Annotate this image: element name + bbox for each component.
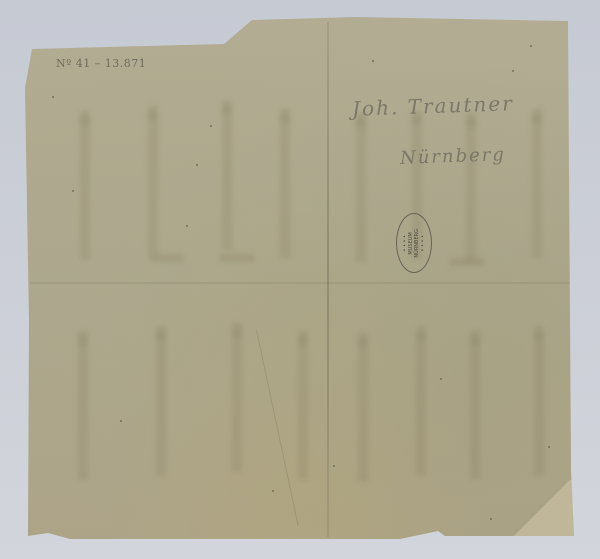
figure-silhouette bbox=[290, 330, 316, 480]
figure-silhouette bbox=[408, 326, 434, 476]
museum-stamp: • • • • MUSEUM NÜRNBERG • • • • bbox=[396, 213, 432, 273]
figure-stand bbox=[450, 258, 484, 266]
folded-corner bbox=[510, 480, 574, 536]
figure-silhouette bbox=[72, 110, 98, 260]
vertical-fold-line bbox=[327, 22, 329, 537]
paper-speck bbox=[210, 125, 212, 127]
figure-silhouette bbox=[70, 330, 96, 480]
paper-speck bbox=[196, 164, 198, 166]
paper-speck bbox=[186, 225, 188, 227]
figure-stand bbox=[220, 254, 254, 262]
figure-silhouette bbox=[148, 326, 174, 476]
figure-silhouette bbox=[350, 332, 376, 482]
maker-inscription: Joh. Trautner bbox=[352, 91, 514, 121]
stamp-text: • • • • MUSEUM NÜRNBERG • • • • bbox=[402, 229, 426, 258]
horizontal-fold-line bbox=[30, 282, 570, 284]
place-inscription: Nürnberg bbox=[400, 144, 507, 169]
paper-speck bbox=[490, 518, 492, 520]
figure-silhouette bbox=[348, 112, 374, 262]
figure-stand bbox=[150, 254, 184, 262]
figure-silhouette bbox=[462, 330, 488, 480]
paper-speck bbox=[272, 490, 274, 492]
figure-silhouette bbox=[140, 105, 166, 255]
figure-silhouette bbox=[524, 108, 550, 258]
paper-speck bbox=[372, 60, 374, 62]
paper-sheet: Nº 41 – 13.871 Joh. Trautner Nürnberg • … bbox=[0, 0, 600, 559]
paper-speck bbox=[512, 70, 514, 72]
figure-silhouette bbox=[526, 326, 552, 476]
figure-silhouette bbox=[214, 100, 240, 250]
figure-silhouette bbox=[224, 322, 250, 472]
figure-silhouette bbox=[272, 108, 298, 258]
paper-speck bbox=[72, 190, 74, 192]
paper-speck bbox=[530, 45, 532, 47]
figure-silhouette bbox=[458, 112, 484, 262]
paper-speck bbox=[548, 446, 550, 448]
paper-speck bbox=[120, 420, 122, 422]
inventory-number: Nº 41 – 13.871 bbox=[56, 57, 146, 70]
paper-speck bbox=[440, 378, 442, 380]
paper-speck bbox=[52, 96, 54, 98]
paper-speck bbox=[333, 465, 335, 467]
